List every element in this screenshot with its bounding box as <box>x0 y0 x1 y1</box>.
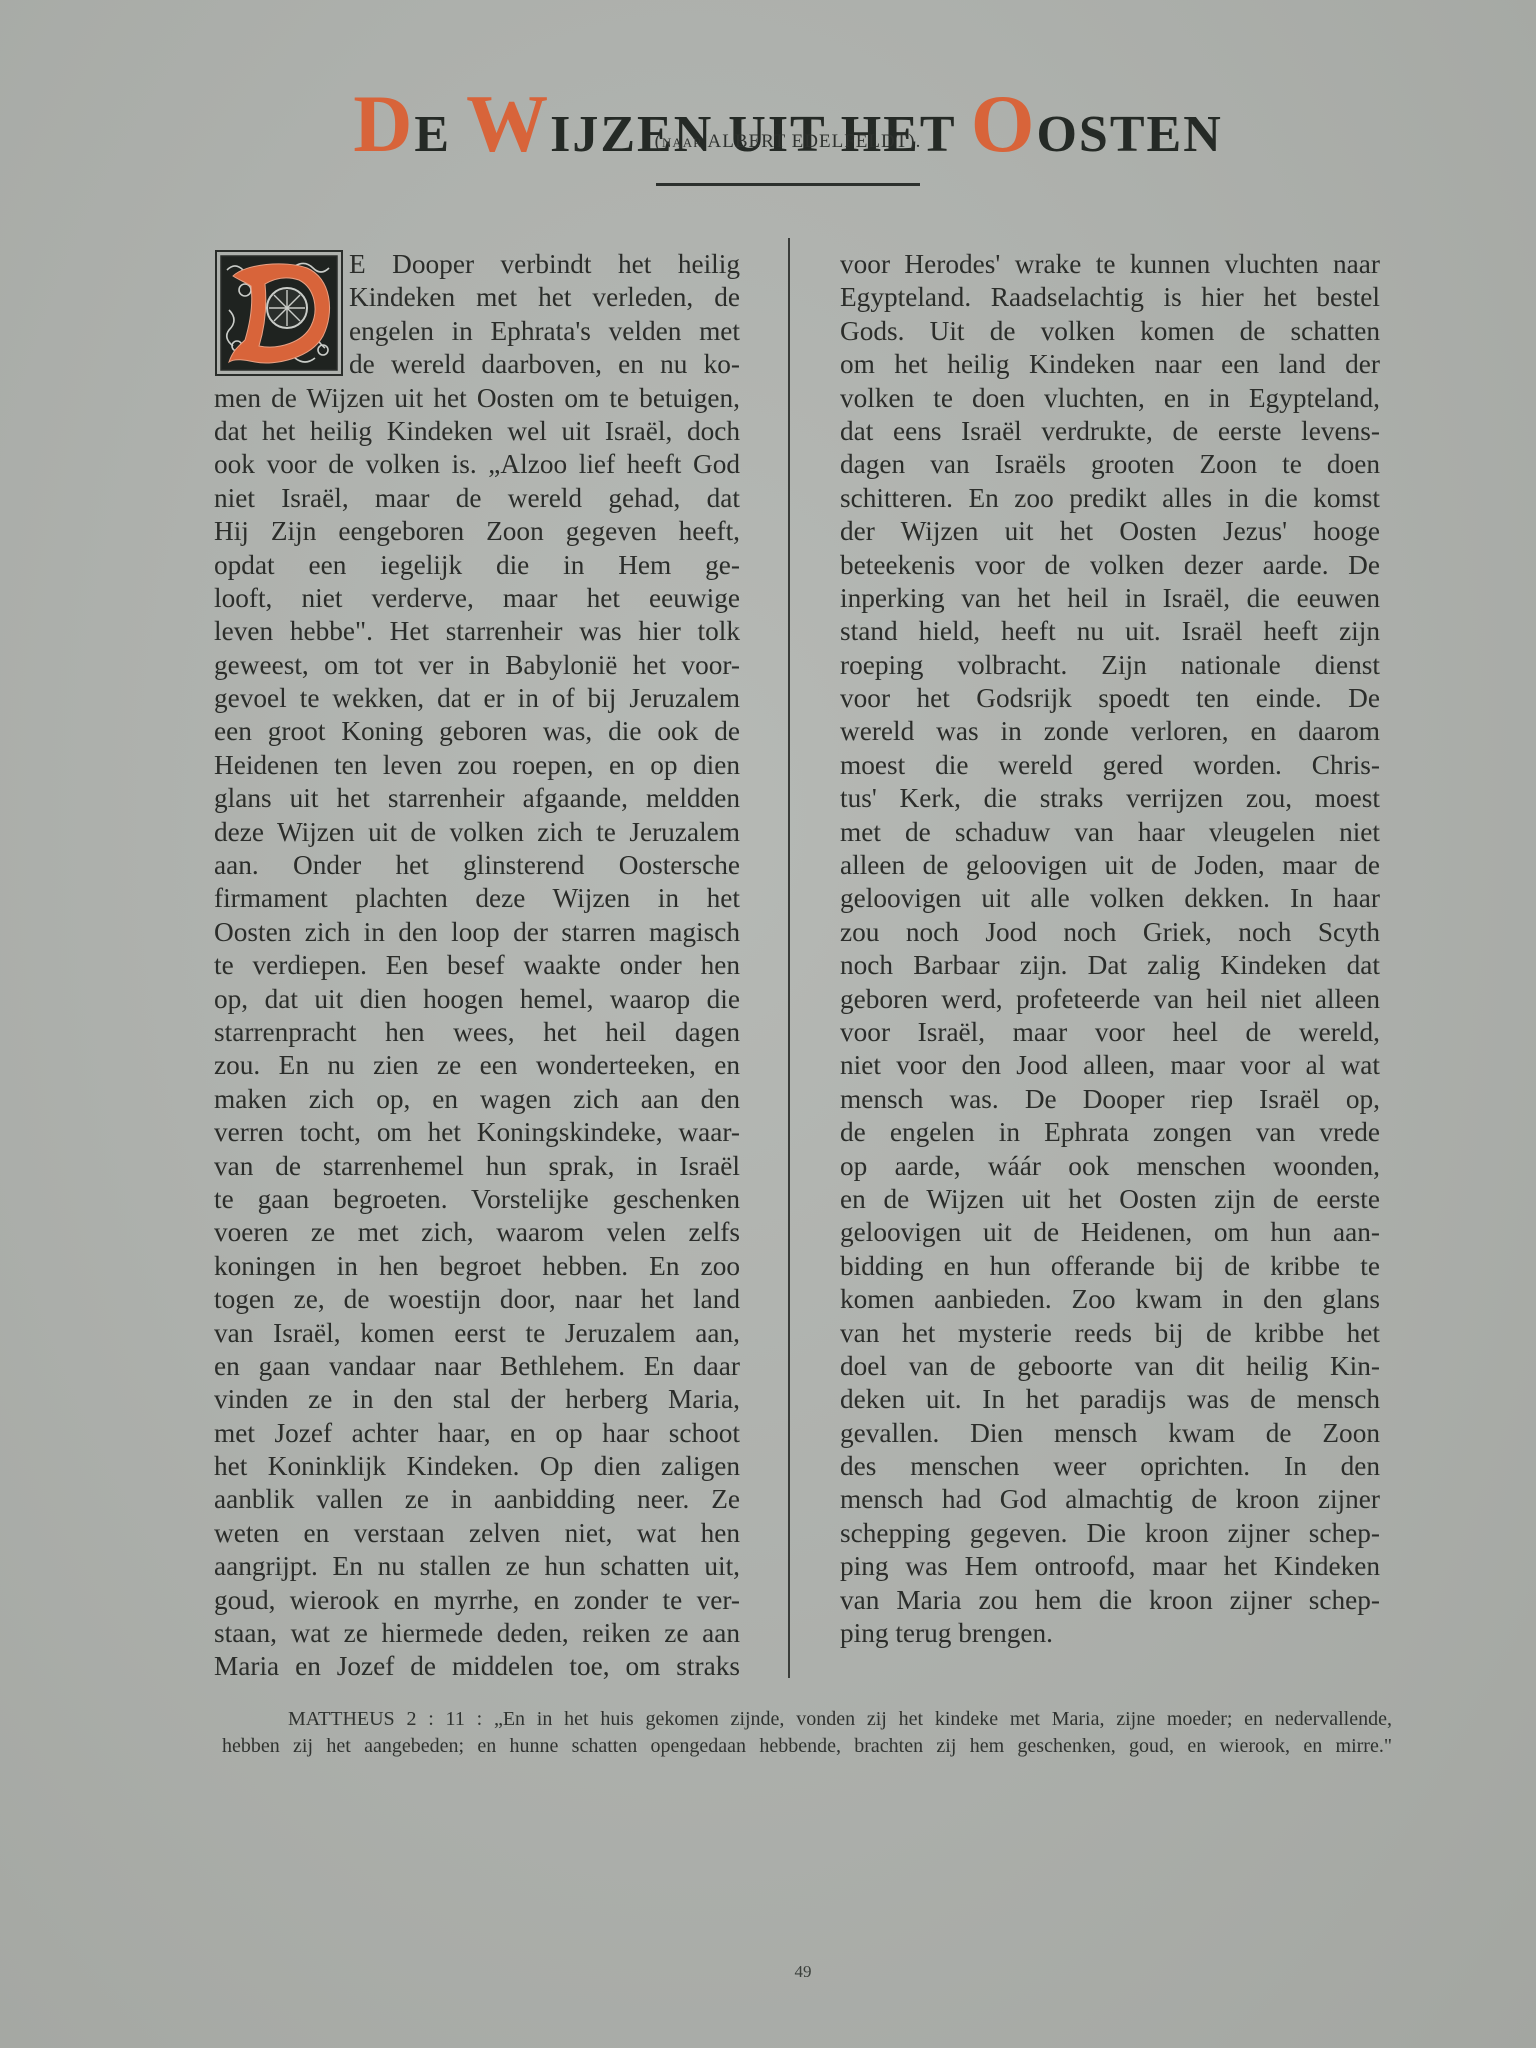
text-line: noch Barbaar zijn. Dat zalig Kindeken da… <box>840 949 1380 982</box>
page-number: 49 <box>0 1962 1536 1982</box>
text-line: inperking van het heil in Israël, die ee… <box>840 582 1380 615</box>
book-page: DE WIJZEN UIT HET OOSTEN (NAAR ALBERT ED… <box>0 0 1536 2048</box>
text-line: gevallen. Dien mensch kwam de Zoon <box>840 1417 1380 1450</box>
text-line: dat eens Israël verdrukte, de eerste lev… <box>840 415 1380 448</box>
text-line: mensch was. De Dooper riep Israël op, <box>840 1083 1380 1116</box>
text-line: en de Wijzen uit het Oosten zijn de eers… <box>840 1183 1380 1216</box>
text-line: met Jozef achter haar, en op haar schoot <box>214 1417 740 1450</box>
text-line: bidding en hun offerande bij de kribbe t… <box>840 1250 1380 1283</box>
text-line: geweest, om tot ver in Babylonië het voo… <box>214 649 740 682</box>
text-line: Heidenen ten leven zou roepen, en op die… <box>214 749 740 782</box>
text-line: koningen in hen begroet hebben. En zoo <box>214 1250 740 1283</box>
text-line: der Wijzen uit het Oosten Jezus' hooge <box>840 515 1380 548</box>
text-line: zou noch Jood noch Griek, noch Scyth <box>840 916 1380 949</box>
text-line: men de Wijzen uit het Oosten om te betui… <box>214 382 740 415</box>
text-line: op aarde, wáár ook menschen woonden, <box>840 1150 1380 1183</box>
text-line: deken uit. In het paradijs was de mensch <box>840 1383 1380 1416</box>
text-line: Kindeken met het verleden, de <box>214 281 740 314</box>
text-line: goud, wierook en myrrhe, en zonder te ve… <box>214 1584 740 1617</box>
text-line: ook voor de volken is. „Alzoo lief heeft… <box>214 448 740 481</box>
text-line: firmament plachten deze Wijzen in het <box>214 882 740 915</box>
text-line: een groot Koning geboren was, die ook de <box>214 715 740 748</box>
text-line: beteekenis voor de volken dezer aarde. D… <box>840 549 1380 582</box>
text-line: stand hield, heeft nu uit. Israël heeft … <box>840 615 1380 648</box>
text-line: roeping volbracht. Zijn nationale dienst <box>840 649 1380 682</box>
text-line: voor Herodes' wrake te kunnen vluchten n… <box>840 248 1380 281</box>
text-line: schitteren. En zoo predikt alles in die … <box>840 482 1380 515</box>
text-line: om het heilig Kindeken naar een land der <box>840 348 1380 381</box>
text-line: looft, niet verderve, maar het eeuwige <box>214 582 740 615</box>
text-line: Maria en Jozef de middelen toe, om strak… <box>214 1650 740 1683</box>
text-line: mensch had God almachtig de kroon zijner <box>840 1483 1380 1516</box>
text-line: doel van de geboorte van dit heilig Kin- <box>840 1350 1380 1383</box>
scripture-footnote: MATTHEUS 2 : 11 : „En in het huis gekome… <box>222 1706 1392 1760</box>
text-line: van Israël, komen eerst te Jeruzalem aan… <box>214 1317 740 1350</box>
text-line: te gaan begroeten. Vorstelijke geschenke… <box>214 1183 740 1216</box>
title-initial-d: D <box>353 78 414 169</box>
right-text-column: voor Herodes' wrake te kunnen vluchten n… <box>840 248 1380 1650</box>
scripture-reference: MATTHEUS 2 : 11 : <box>288 1708 482 1730</box>
text-line: met de schaduw van haar vleugelen niet <box>840 816 1380 849</box>
text-line: starrenpracht hen wees, het heil dagen <box>214 1016 740 1049</box>
text-line: voor Israël, maar voor heel de wereld, <box>840 1016 1380 1049</box>
text-line: aangrijpt. En nu stallen ze hun schatten… <box>214 1550 740 1583</box>
text-line: togen ze, de woestijn door, naar het lan… <box>214 1283 740 1316</box>
title-initial-w: W <box>466 78 550 169</box>
text-line: van Maria zou hem die kroon zijner schep… <box>840 1584 1380 1617</box>
text-line: staan, wat ze hiermede deden, reiken ze … <box>214 1617 740 1650</box>
text-line: van de starrenhemel hun sprak, in Israël <box>214 1150 740 1183</box>
footnote-line-2: hebben zij het aangebeden; en hunne scha… <box>222 1733 1392 1760</box>
text-line: alleen de geloovigen uit de Joden, maar … <box>840 849 1380 882</box>
text-line: geboren werd, profeteerde van heil niet … <box>840 983 1380 1016</box>
text-line: opdat een iegelijk die in Hem ge- <box>214 549 740 582</box>
text-line: voeren ze met zich, waarom velen zelfs <box>214 1216 740 1249</box>
text-line: niet Israël, maar de wereld gehad, dat <box>214 482 740 515</box>
text-line: Oosten zich in den loop der starren magi… <box>214 916 740 949</box>
text-line: des menschen weer oprichten. In den <box>840 1450 1380 1483</box>
text-line: glans uit het starrenheir afgaande, meld… <box>214 782 740 815</box>
text-line: geloovigen uit de Heidenen, om hun aan- <box>840 1216 1380 1249</box>
page-title: DE WIJZEN UIT HET OOSTEN <box>0 77 1536 171</box>
footnote-line-1: MATTHEUS 2 : 11 : „En in het huis gekome… <box>222 1706 1392 1733</box>
text-line: te verdiepen. Een besef waakte onder hen <box>214 949 740 982</box>
text-line: gevoel te wekken, dat er in of bij Jeruz… <box>214 682 740 715</box>
text-line: op, dat uit dien hoogen hemel, waarop di… <box>214 983 740 1016</box>
text-line: deze Wijzen uit de volken zich te Jeruza… <box>214 816 740 849</box>
title-initial-o: O <box>971 78 1037 169</box>
text-line: weten en verstaan zelven niet, wat hen <box>214 1517 740 1550</box>
text-line: aan. Onder het glinsterend Oostersche <box>214 849 740 882</box>
text-line: E Dooper verbindt het heilig <box>214 248 740 281</box>
left-text-column: E Dooper verbindt het heilig Kindeken me… <box>214 248 740 1684</box>
text-line: leven hebbe". Het starrenheir was hier t… <box>214 615 740 648</box>
subtitle-attribution: (NAAR ALBERT EDELFELDT). <box>0 131 1536 153</box>
text-line: zou. En nu zien ze een wonderteeken, en <box>214 1049 740 1082</box>
text-line: tus' Kerk, die straks verrijzen zou, moe… <box>840 782 1380 815</box>
text-line: van het mysterie reeds bij de kribbe het <box>840 1317 1380 1350</box>
text-line: komen aanbieden. Zoo kwam in den glans <box>840 1283 1380 1316</box>
text-line: aanblik vallen ze in aanbidding neer. Ze <box>214 1483 740 1516</box>
title-rule-divider <box>656 183 920 186</box>
text-line: moest die wereld gered worden. Chris- <box>840 749 1380 782</box>
text-line: verren tocht, om het Koningskindeke, waa… <box>214 1116 740 1149</box>
text-line: dat het heilig Kindeken wel uit Israël, … <box>214 415 740 448</box>
text-line: schepping gegeven. Die kroon zijner sche… <box>840 1517 1380 1550</box>
column-divider <box>788 238 790 1678</box>
text-line: het Koninklijk Kindeken. Op dien zaligen <box>214 1450 740 1483</box>
text-line: volken te doen vluchten, en in Egyptelan… <box>840 382 1380 415</box>
text-line: wereld was in zonde verloren, en daarom <box>840 715 1380 748</box>
text-line: geloovigen uit alle volken dekken. In ha… <box>840 882 1380 915</box>
text-line: Hij Zijn eengeboren Zoon gegeven heeft, <box>214 515 740 548</box>
text-line: maken zich op, en wagen zich aan den <box>214 1083 740 1116</box>
text-line: en gaan vandaar naar Bethlehem. En daar <box>214 1350 740 1383</box>
text-line: Gods. Uit de volken komen de schatten <box>840 315 1380 348</box>
text-line: de engelen in Ephrata zongen van vrede <box>840 1116 1380 1149</box>
text-line: dagen van Israëls grooten Zoon te doen <box>840 448 1380 481</box>
text-line: ping terug brengen. <box>840 1617 1380 1650</box>
text-line: vinden ze in den stal der herberg Maria, <box>214 1383 740 1416</box>
text-line: de wereld daarboven, en nu ko- <box>214 348 740 381</box>
text-line: voor het Godsrijk spoedt ten einde. De <box>840 682 1380 715</box>
text-line: Egypteland. Raadselachtig is hier het be… <box>840 281 1380 314</box>
text-line: ping was Hem ontroofd, maar het Kindeken <box>840 1550 1380 1583</box>
text-line: niet voor den Jood alleen, maar voor al … <box>840 1049 1380 1082</box>
text-line: engelen in Ephrata's velden met <box>214 315 740 348</box>
